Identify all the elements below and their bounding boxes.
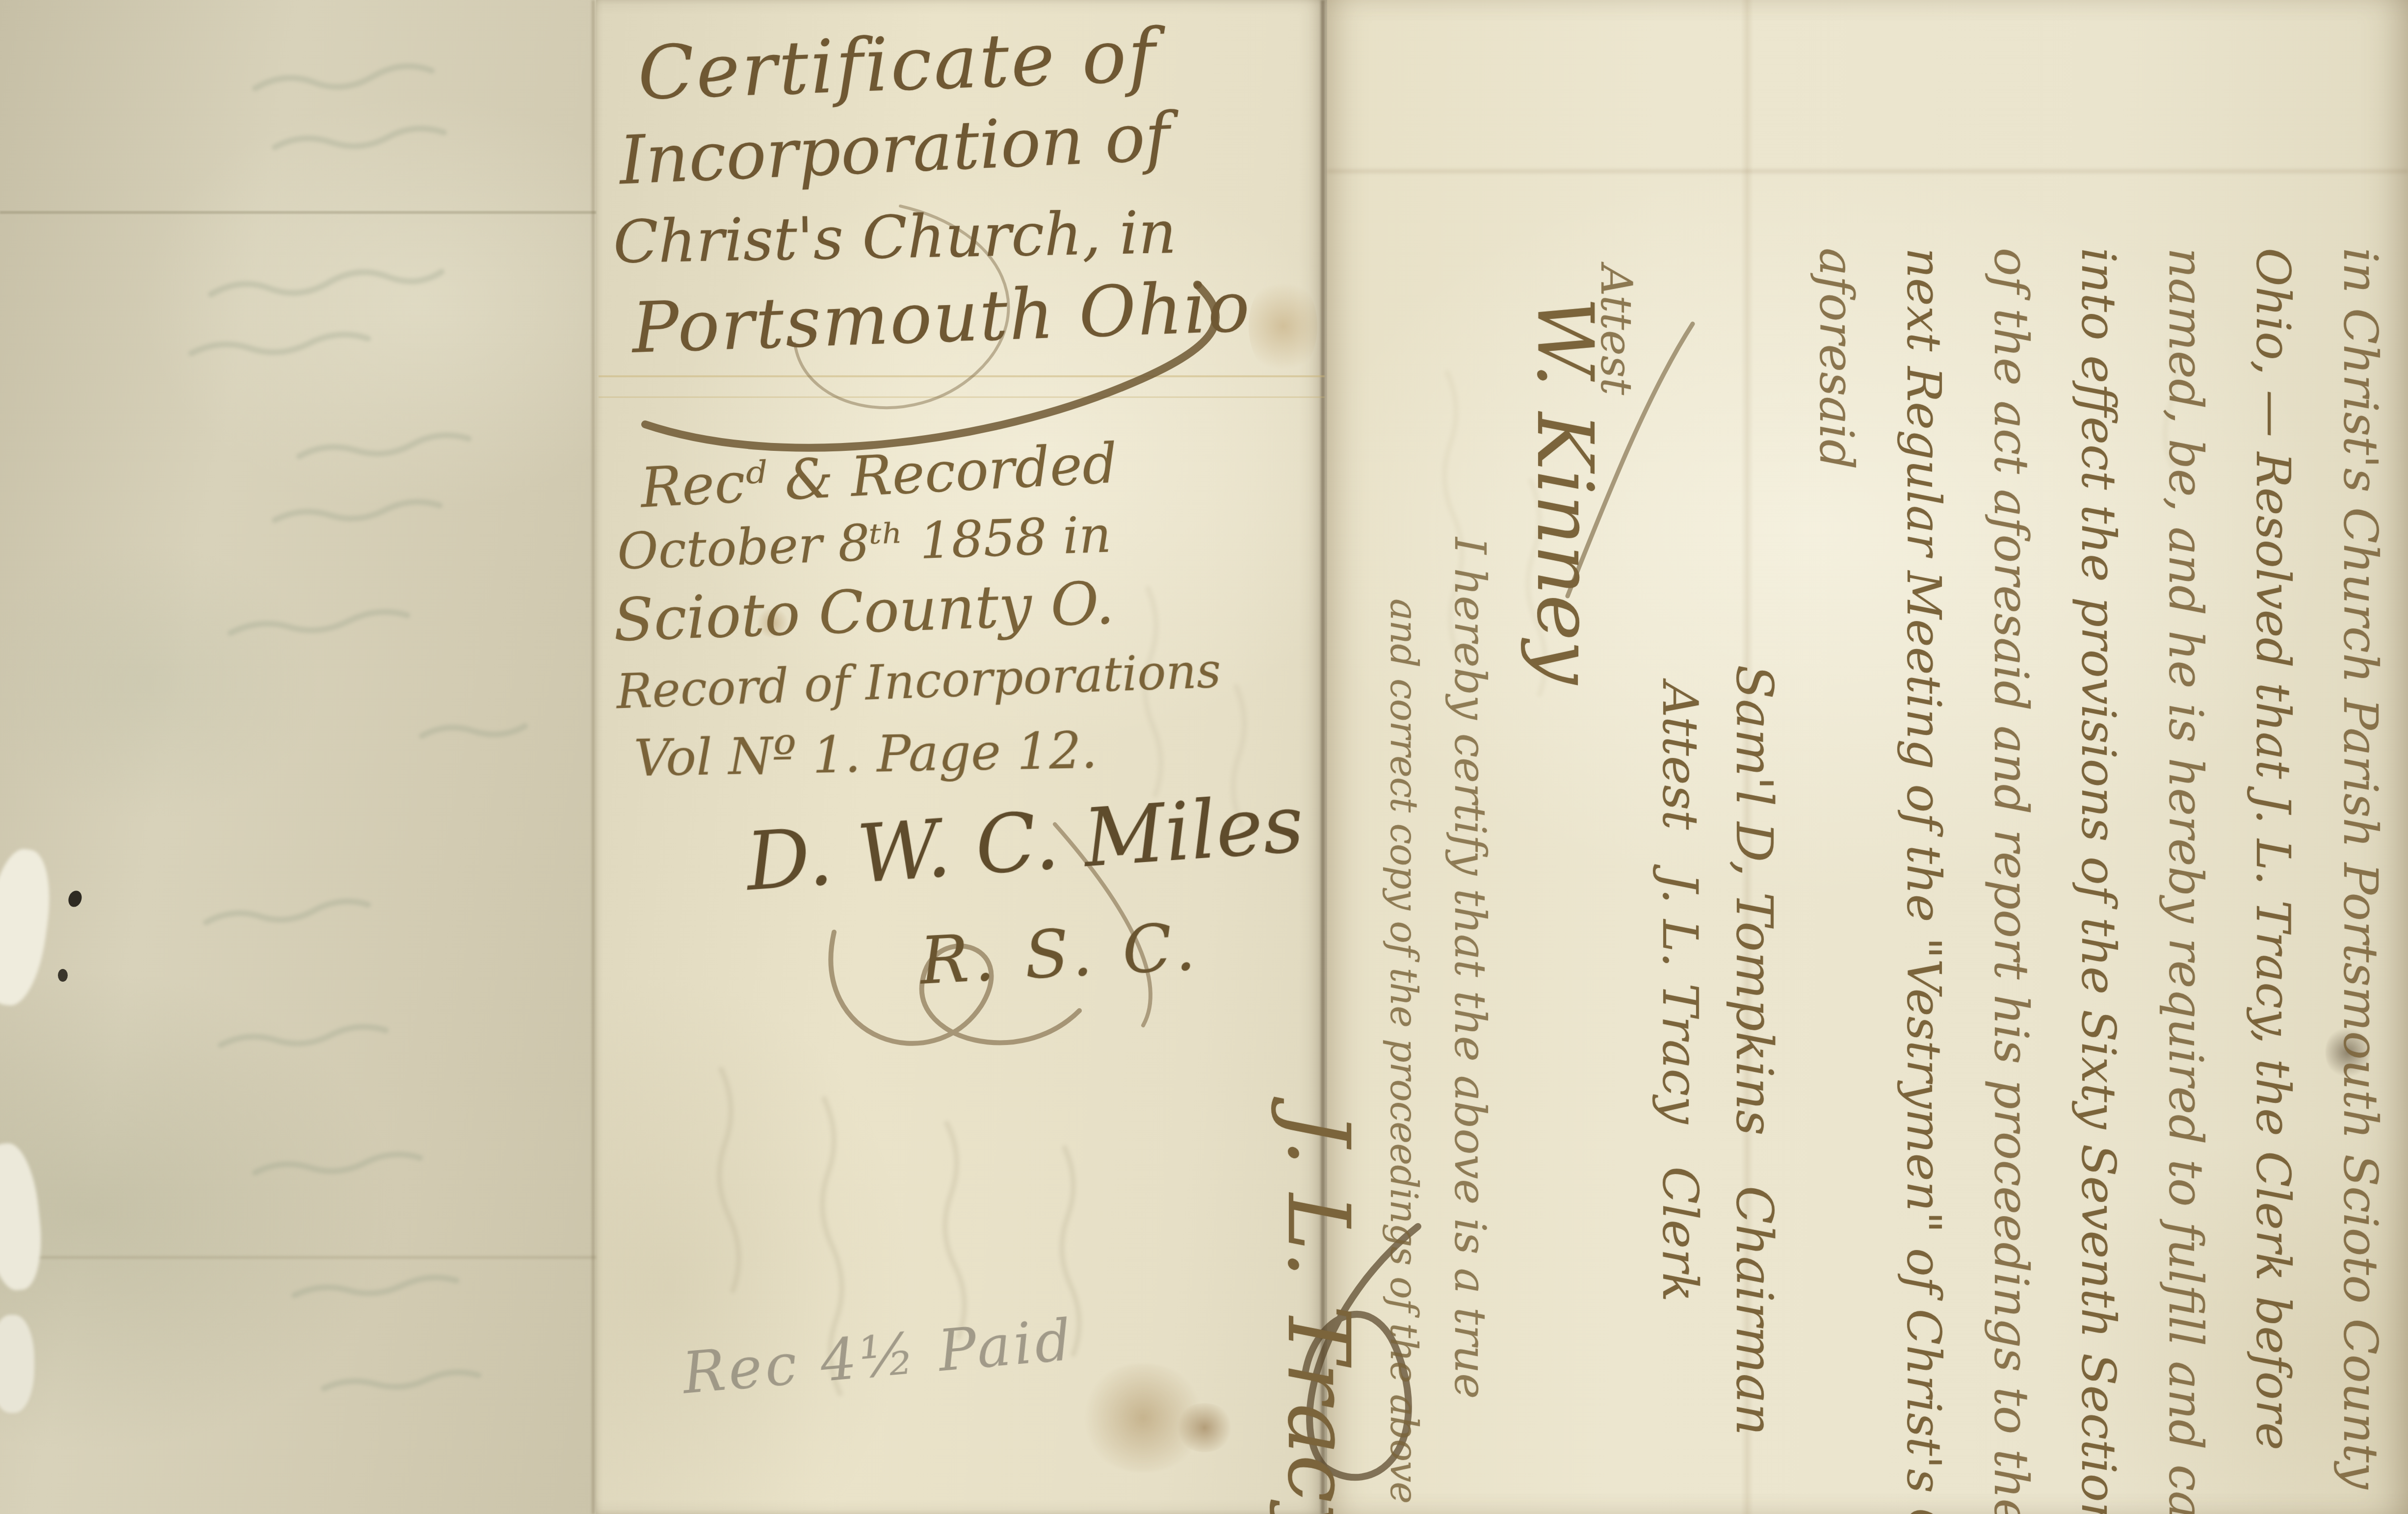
scanned-document: Certificate of Incorporation of Christ's… — [0, 0, 2408, 1514]
torn-edge — [0, 1315, 34, 1413]
docket-title-line: Christ's Church, in — [613, 199, 1177, 277]
left-blank-leaf — [0, 0, 596, 1514]
recorder-title: R. S. C. — [918, 909, 1202, 999]
docket-title-line: Certificate of — [636, 13, 1158, 117]
minutes-leaf — [1327, 0, 2408, 1514]
docket-recording-line: Vol Nº 1. Page 12. — [633, 721, 1098, 788]
